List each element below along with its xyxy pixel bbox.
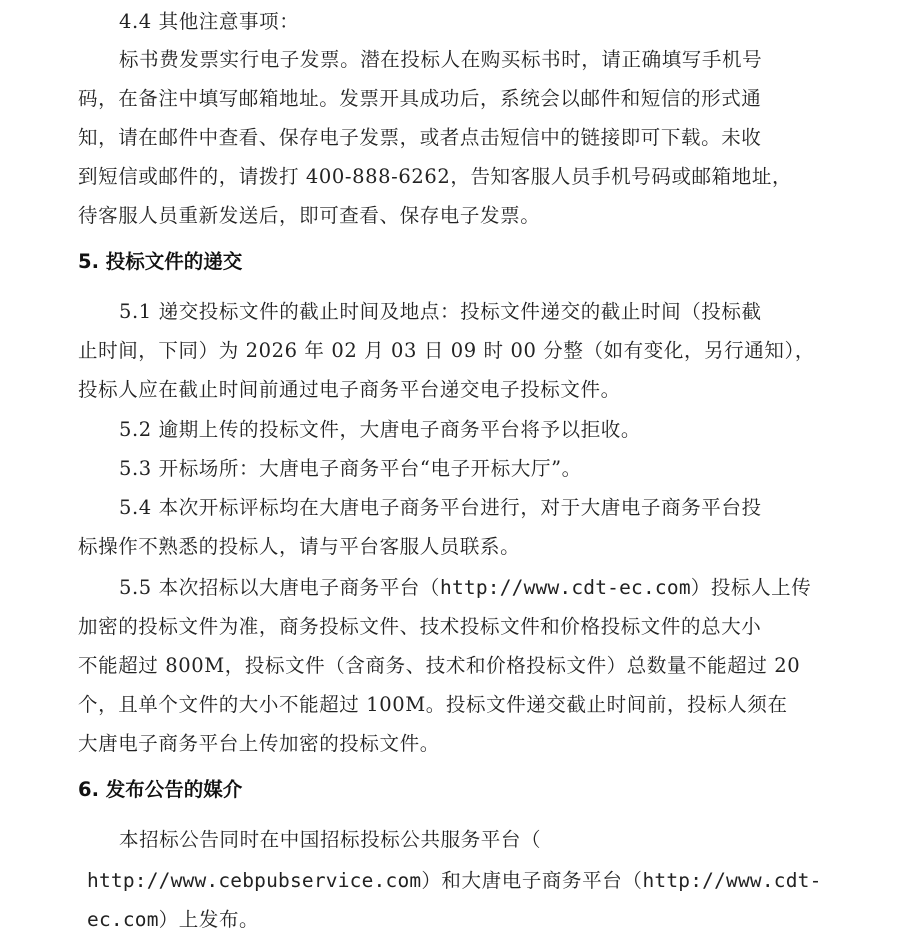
item-5-5-prefix: 5.5 本次招标以大唐电子商务平台（ — [119, 576, 440, 599]
item-5-3: 5.3 开标场所：大唐电子商务平台“电子开标大厅”。 — [119, 457, 582, 481]
document-page: 4.4 其他注意事项： 标书费发票实行电子发票。潜在投标人在购买标书时，请正确填… — [0, 0, 921, 937]
cebpubservice-link[interactable]: http://www.cebpubservice.com — [87, 869, 421, 892]
section-6-line-2-mid: ）和大唐电子商务平台（ — [421, 869, 642, 892]
section-6-line-1: 本招标公告同时在中国招标投标公共服务平台（ — [119, 828, 541, 852]
item-5-5-suffix: ）投标人上传 — [691, 576, 812, 599]
item-5-5-line-4: 个，且单个文件的大小不能超过 100M。投标文件递交截止时间前，投标人须在 — [78, 693, 788, 717]
item-5-5-line-3: 不能超过 800M，投标文件（含商务、技术和价格投标文件）总数量不能超过 20 — [78, 654, 800, 678]
section-6-heading: 6. 发布公告的媒介 — [78, 778, 242, 802]
item-5-1-line-1: 5.1 递交投标文件的截止时间及地点：投标文件递交的截止时间（投标截 — [119, 300, 762, 324]
cdt-ec-link[interactable]: http://www.cdt-ec.com — [440, 576, 691, 599]
item-5-1-line-2: 止时间，下同）为 2026 年 02 月 03 日 09 时 00 分整（如有变… — [78, 339, 815, 363]
item-5-2: 5.2 逾期上传的投标文件，大唐电子商务平台将予以拒收。 — [119, 418, 641, 442]
cdt-ec-link-part-2[interactable]: ec.com — [87, 908, 159, 931]
section-6-line-3: ec.com）上发布。 — [87, 908, 259, 932]
item-5-1-line-3: 投标人应在截止时间前通过电子商务平台递交电子投标文件。 — [78, 378, 621, 402]
section-6-line-2: http://www.cebpubservice.com）和大唐电子商务平台（h… — [87, 869, 822, 893]
item-5-4-line-1: 5.4 本次开标评标均在大唐电子商务平台进行，对于大唐电子商务平台投 — [119, 496, 762, 520]
cdt-ec-link-part-1[interactable]: http://www.cdt- — [642, 869, 821, 892]
item-5-4-line-2: 标操作不熟悉的投标人，请与平台客服人员联系。 — [78, 535, 520, 559]
section-5-heading: 5. 投标文件的递交 — [78, 250, 242, 274]
section-4-4-line-1: 标书费发票实行电子发票。潜在投标人在购买标书时，请正确填写手机号 — [119, 48, 762, 72]
section-4-4-title: 4.4 其他注意事项： — [119, 10, 299, 34]
item-5-5-line-1: 5.5 本次招标以大唐电子商务平台（http://www.cdt-ec.com）… — [119, 576, 811, 600]
item-5-5-line-5: 大唐电子商务平台上传加密的投标文件。 — [78, 732, 440, 756]
item-5-5-line-2: 加密的投标文件为准，商务投标文件、技术投标文件和价格投标文件的总大小 — [78, 615, 761, 639]
section-4-4-line-4: 到短信或邮件的，请拨打 400-888-6262，告知客服人员手机号码或邮箱地址… — [78, 165, 792, 189]
section-4-4-line-3: 知，请在邮件中查看、保存电子发票，或者点击短信中的链接即可下载。未收 — [78, 126, 761, 150]
section-6-line-3-suffix: ）上发布。 — [159, 908, 260, 931]
section-4-4-line-2: 码，在备注中填写邮箱地址。发票开具成功后，系统会以邮件和短信的形式通 — [78, 87, 761, 111]
section-4-4-line-5: 待客服人员重新发送后，即可查看、保存电子发票。 — [78, 204, 540, 228]
